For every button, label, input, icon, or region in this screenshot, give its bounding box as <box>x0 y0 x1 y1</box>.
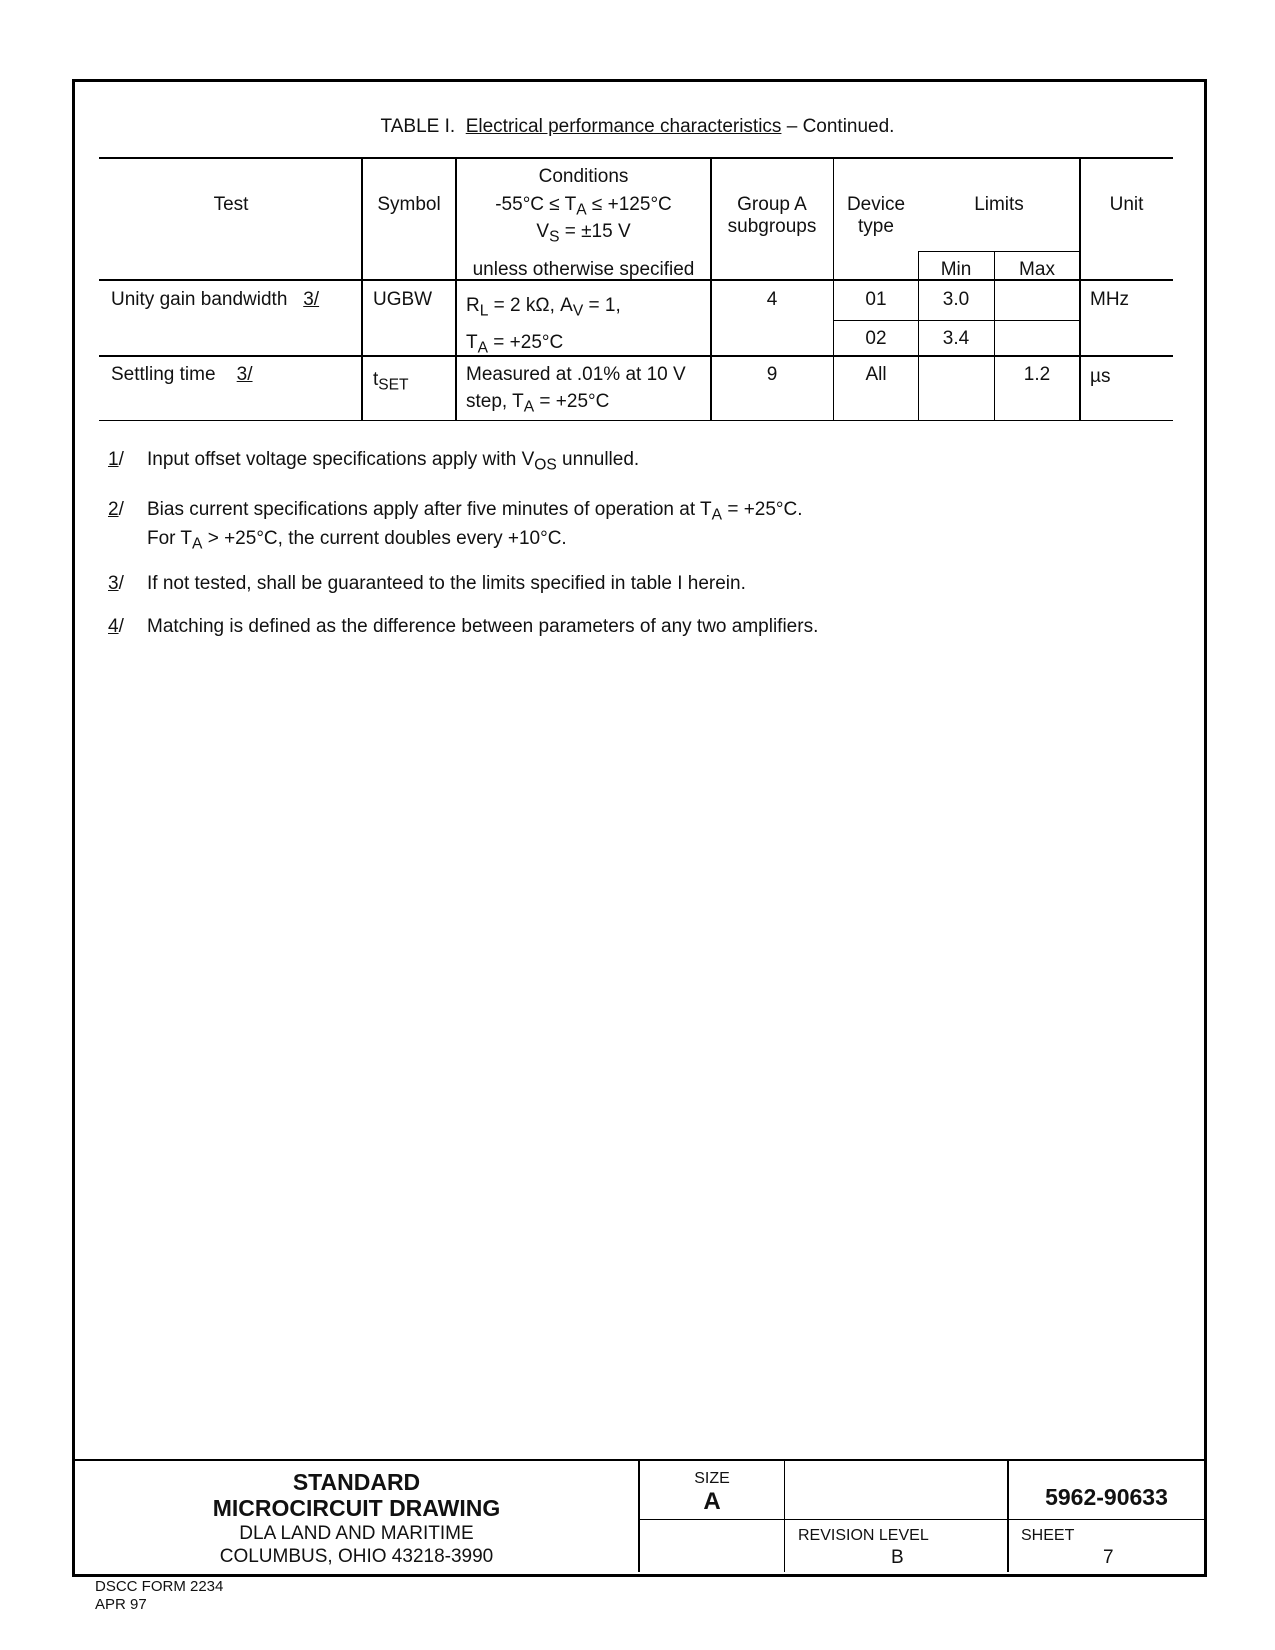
row1-device-01: 01 <box>834 290 918 309</box>
title-agency: DLA LAND AND MARITIME <box>75 1524 638 1543</box>
text: unnulled. <box>557 449 639 470</box>
subscript: V <box>573 303 583 320</box>
title-block-divider <box>1007 1460 1009 1572</box>
text: V <box>536 221 549 242</box>
footnote-3-text: If not tested, shall be guaranteed to th… <box>147 574 746 593</box>
subscript: OS <box>534 457 557 474</box>
footnote-1-text: Input offset voltage specifications appl… <box>147 450 639 469</box>
title-block-divider <box>784 1460 785 1572</box>
text: 4 <box>108 616 119 637</box>
row2-conditions-2: step, TA = +25°C <box>466 392 609 411</box>
size-label: SIZE <box>640 1471 784 1487</box>
row2-group: 9 <box>711 365 833 384</box>
revision-value: B <box>891 1548 904 1567</box>
text: Input offset voltage specifications appl… <box>147 449 534 470</box>
footnote-2-text: Bias current specifications apply after … <box>147 500 803 519</box>
title-microcircuit-drawing: MICROCIRCUIT DRAWING <box>75 1497 638 1520</box>
size-value: A <box>640 1490 784 1514</box>
text: = 1, <box>583 295 621 316</box>
row1-unit: MHz <box>1090 290 1129 309</box>
header-conditions: Conditions <box>456 167 711 186</box>
footnote-4-number: 4/ <box>108 617 124 636</box>
header-type: type <box>834 217 918 236</box>
row1-bottom-rule <box>99 355 1173 357</box>
text: = +25°C <box>534 391 609 412</box>
header-limits: Limits <box>918 195 1080 214</box>
form-number: DSCC FORM 2234 <box>95 1579 223 1594</box>
header-conditions-vs: VS = ±15 V <box>456 222 711 241</box>
form-date: APR 97 <box>95 1597 147 1612</box>
table-bottom-rule <box>99 420 1173 421</box>
footnote-ref: 3/ <box>303 289 319 310</box>
title-standard: STANDARD <box>75 1471 638 1494</box>
subscript: A <box>478 340 488 357</box>
text: Bias current specifications apply after … <box>147 499 712 520</box>
text: ≤ +125°C <box>587 194 672 215</box>
text: 1 <box>108 449 119 470</box>
row1-conditions-1: RL = 2 kΩ, AV = 1, <box>466 296 621 315</box>
header-conditions-note: unless otherwise specified <box>456 260 711 279</box>
sheet-label: SHEET <box>1021 1528 1074 1544</box>
footnote-4-text: Matching is defined as the difference be… <box>147 617 818 636</box>
text: = 2 kΩ, A <box>488 295 572 316</box>
text: = +25°C. <box>722 499 802 520</box>
text: For T <box>147 528 192 549</box>
row2-unit: µs <box>1090 367 1110 386</box>
header-device: Device <box>834 195 918 214</box>
text: step, T <box>466 391 524 412</box>
text: 3 <box>108 573 119 594</box>
footnote-2-number: 2/ <box>108 500 124 519</box>
text: > +25°C, the current doubles every +10°C… <box>202 528 566 549</box>
text: R <box>466 295 480 316</box>
row2-max: 1.2 <box>994 365 1080 384</box>
text: 2 <box>108 499 119 520</box>
drawing-number: 5962-90633 <box>1009 1486 1204 1509</box>
caption-prefix: TABLE I. <box>381 116 456 137</box>
footnote-2-text-line2: For TA > +25°C, the current doubles ever… <box>147 529 567 548</box>
row2-device: All <box>834 365 918 384</box>
header-min: Min <box>918 260 994 279</box>
subscript: A <box>576 202 586 219</box>
footnote-1-number: 1/ <box>108 450 124 469</box>
row1-min-02: 3.4 <box>918 329 994 348</box>
text: = +25°C <box>488 332 563 353</box>
text: = ±15 V <box>559 221 630 242</box>
row1-conditions-2: TA = +25°C <box>466 333 563 352</box>
caption-suffix: – Continued. <box>787 116 895 137</box>
row2-symbol: tSET <box>373 370 409 389</box>
title-block-mid-rule <box>639 1519 1204 1520</box>
row1-min-01: 3.0 <box>918 290 994 309</box>
text: T <box>466 332 478 353</box>
subscript: A <box>524 399 534 416</box>
text: Settling time <box>111 364 216 385</box>
header-conditions-temp: -55°C ≤ TA ≤ +125°C <box>456 195 711 214</box>
table-caption: TABLE I. Electrical performance characte… <box>0 116 1275 138</box>
header-max: Max <box>994 260 1080 279</box>
revision-label: REVISION LEVEL <box>798 1528 929 1544</box>
limits-divider <box>918 251 1080 252</box>
text: -55°C ≤ T <box>495 194 576 215</box>
row2-test: Settling time 3/ <box>111 365 253 384</box>
subscript: S <box>549 229 559 246</box>
header-unit: Unit <box>1080 195 1173 214</box>
row2-conditions-1: Measured at .01% at 10 V <box>466 365 686 384</box>
title-address: COLUMBUS, OHIO 43218-3990 <box>75 1547 638 1566</box>
header-group-a: Group A <box>711 195 833 214</box>
text: Unity gain bandwidth <box>111 289 287 310</box>
footnote-ref: 3/ <box>237 364 253 385</box>
row1-test: Unity gain bandwidth 3/ <box>111 290 319 309</box>
row1-group: 4 <box>711 290 833 309</box>
header-symbol: Symbol <box>362 195 456 214</box>
sheet-value: 7 <box>1103 1548 1114 1567</box>
subscript: A <box>192 536 202 553</box>
header-test: Test <box>100 195 362 214</box>
device-subrow-divider <box>833 320 1080 321</box>
subscript: SET <box>378 377 408 394</box>
table-top-rule <box>99 157 1173 159</box>
caption-title: Electrical performance characteristics <box>466 116 782 137</box>
row1-symbol: UGBW <box>373 290 432 309</box>
row1-device-02: 02 <box>834 329 918 348</box>
subscript: A <box>712 507 722 524</box>
header-subgroups: subgroups <box>711 217 833 236</box>
footnote-3-number: 3/ <box>108 574 124 593</box>
